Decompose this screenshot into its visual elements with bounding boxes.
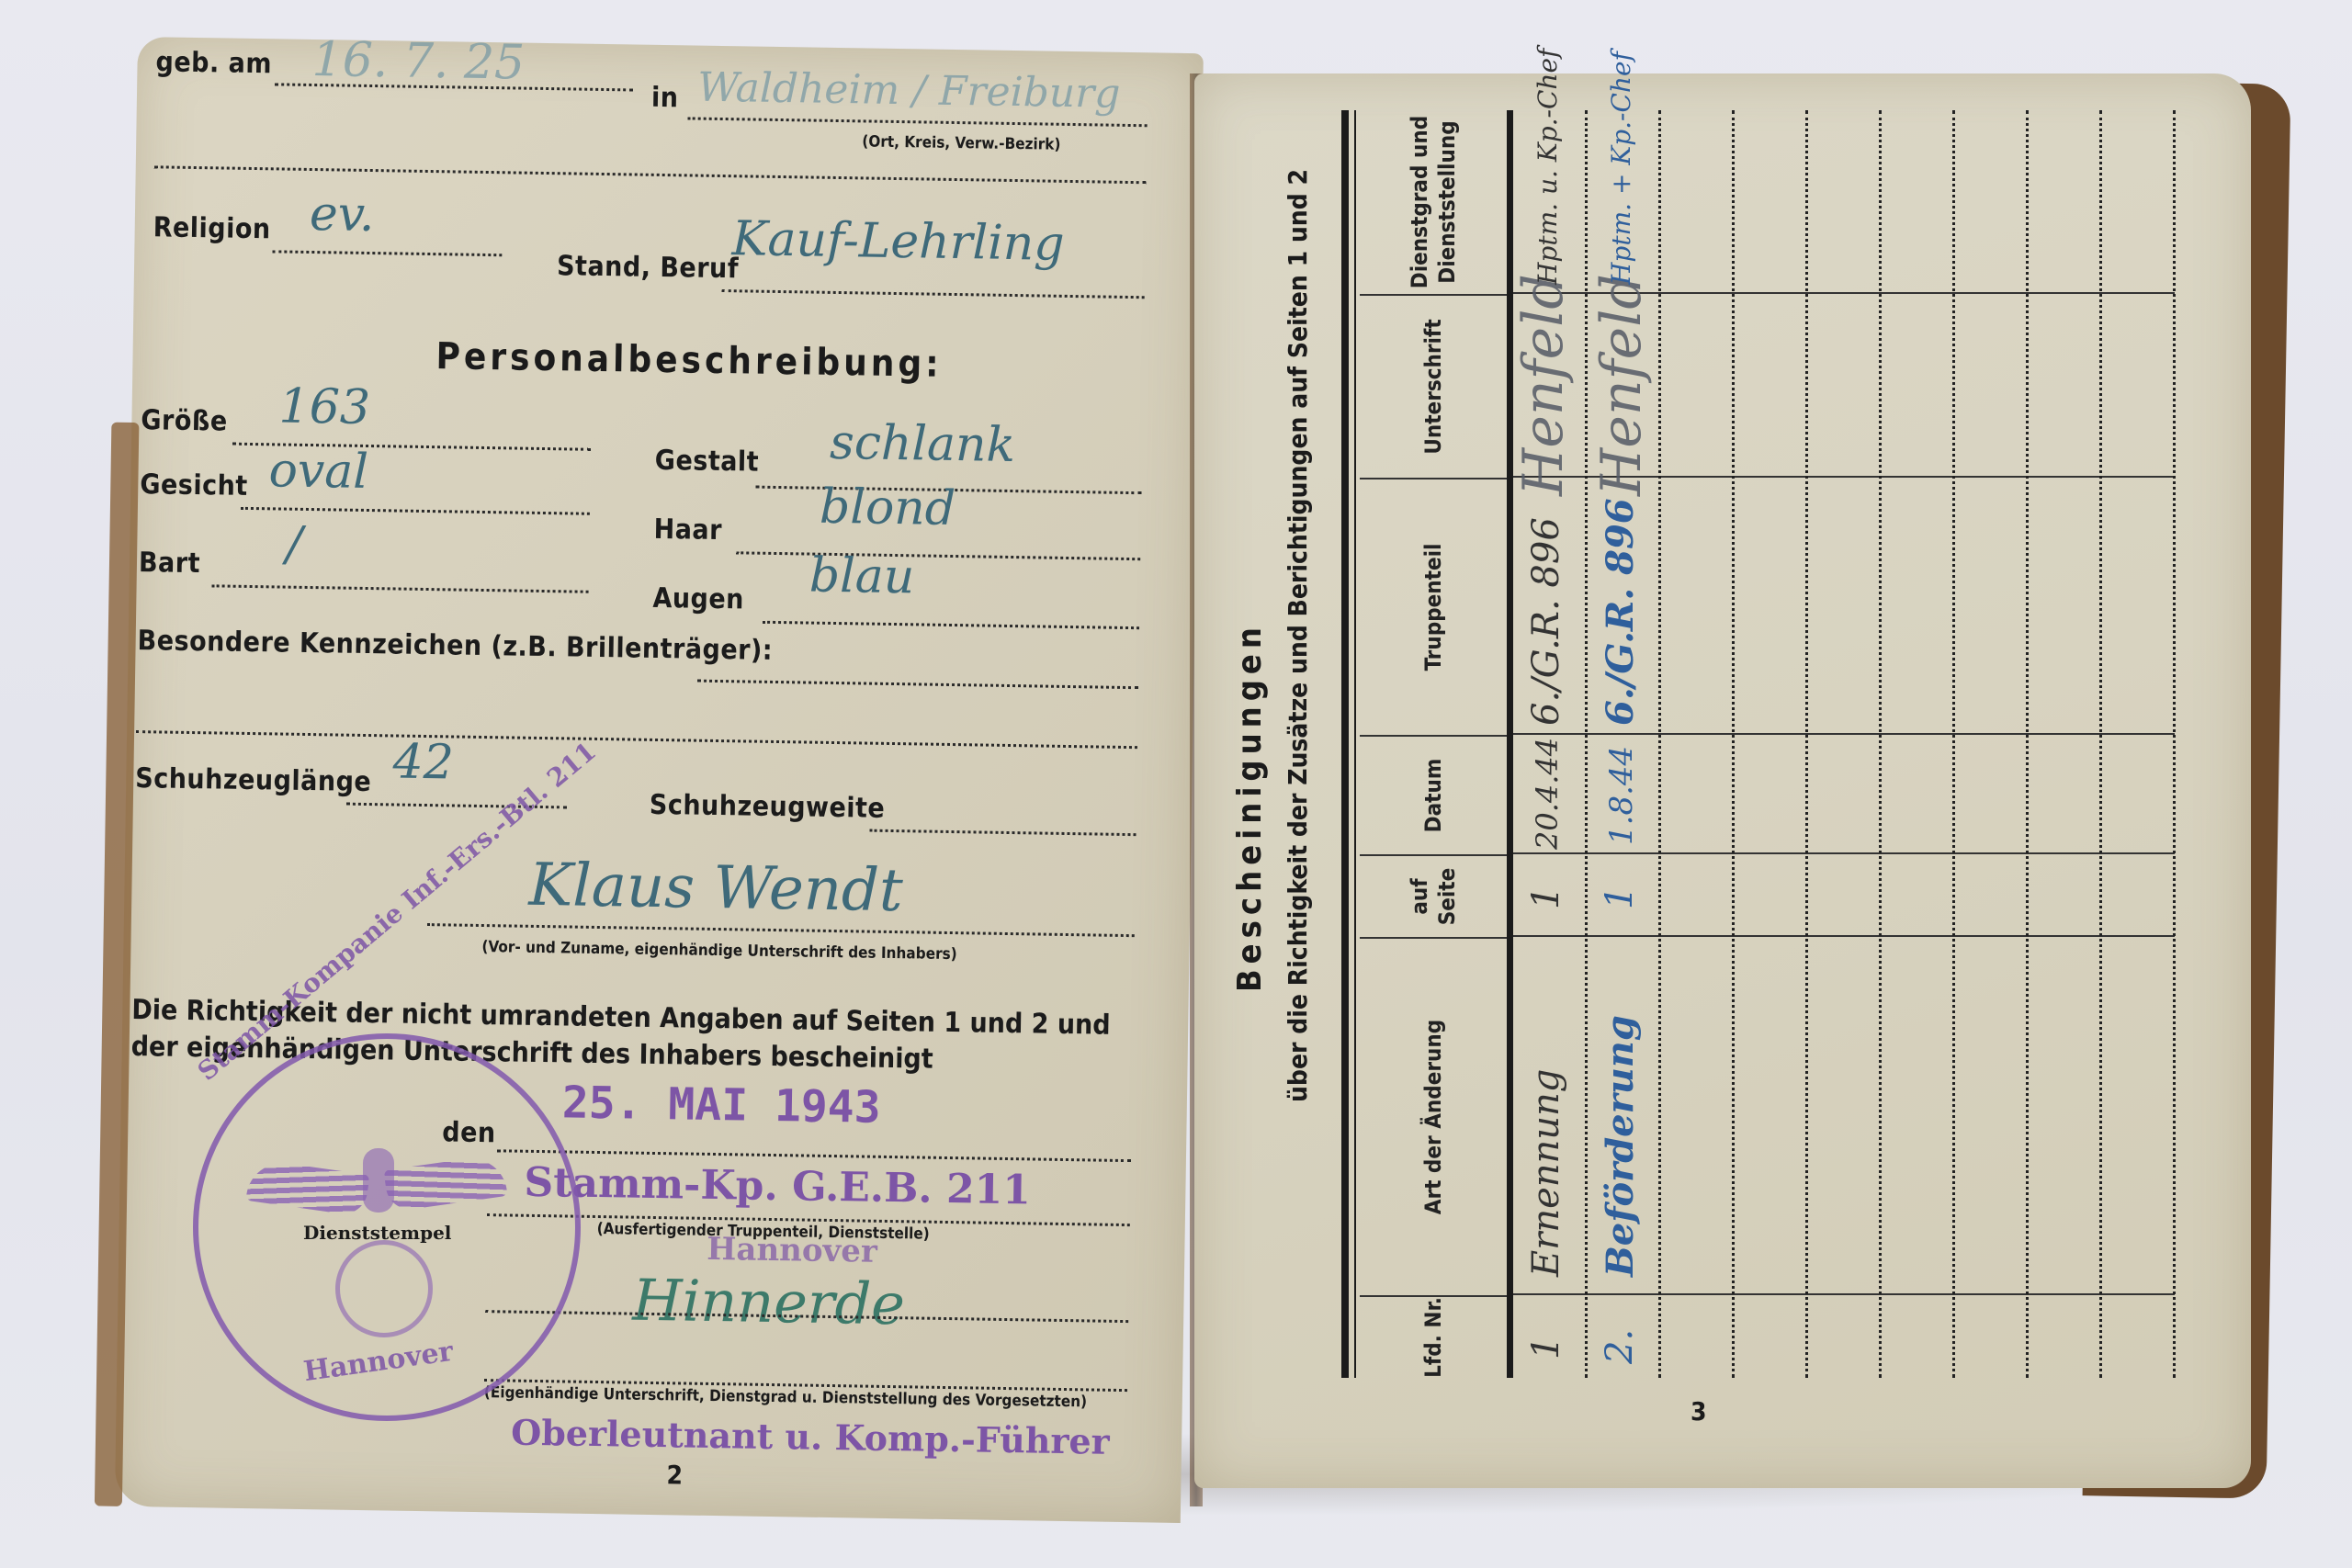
col-header-seite: auf Seite (1360, 854, 1507, 937)
holder-signature: Klaus Wendt (528, 852, 903, 925)
row2-art: Beförderung (1599, 1015, 1642, 1277)
col-line (1513, 852, 2175, 854)
row-line (1952, 110, 1955, 1378)
born-in-value: Waldheim / Freiburg (697, 64, 1121, 118)
row1-dienstgrad: Hptm. u. Kp.-Chef (1532, 49, 1563, 285)
row2-nr: 2. (1599, 1329, 1641, 1364)
row1-unterschrift: Henfeld (1511, 274, 1576, 496)
certifications-subtitle: über die Richtigkeit der Zusätze und Ber… (1283, 92, 1313, 1378)
height-value: 163 (278, 378, 370, 435)
shoe-length-value: 42 (392, 734, 454, 790)
born-extra-line (154, 165, 1147, 184)
religion-line (272, 250, 502, 256)
row2-truppenteil: 6./G.R. 896 (1599, 498, 1642, 726)
officer-rank-stamp: Oberleutnant u. Komp.-Führer (511, 1412, 1110, 1462)
occupation-label: Stand, Beruf (557, 250, 739, 285)
col-header-truppenteil: Truppenteil (1360, 478, 1507, 735)
born-in-hint: (Ort, Kreis, Verw.-Bezirk) (862, 132, 1060, 153)
special-marks-line-2 (136, 730, 1137, 749)
height-label: Größe (141, 404, 228, 437)
row1-datum: 20.4.44 (1530, 738, 1565, 850)
hair-label: Haar (653, 513, 722, 547)
row-line (1879, 110, 1882, 1378)
unit-stamp: Stamm-Kp. G.E.B. 211 (524, 1159, 1031, 1214)
row1-nr: 1 (1525, 1337, 1567, 1359)
row-line (1732, 110, 1735, 1378)
row1-art: Ernennung (1525, 1069, 1567, 1277)
col-header-dienstgrad: Dienstgrad und Dienststellung (1360, 110, 1507, 294)
hair-line (736, 551, 1140, 560)
row-line (1585, 110, 1588, 1378)
row-line (1658, 110, 1661, 1378)
beard-label: Bart (139, 547, 201, 580)
beard-line (212, 584, 589, 592)
special-marks-label: Besondere Kennzeichen (z.B. Brillenträge… (137, 625, 773, 667)
shoe-width-label: Schuhzeugweite (650, 789, 886, 825)
build-label: Gestalt (655, 445, 760, 479)
page-number-2: 2 (666, 1460, 683, 1490)
row1-truppenteil: 6./G.R. 896 (1525, 517, 1567, 726)
religion-label: Religion (153, 211, 270, 245)
row2-unterschrift: Henfeld (1589, 274, 1654, 496)
row-line (2099, 110, 2102, 1378)
date-stamp: 25. MAI 1943 (561, 1077, 881, 1133)
special-marks-line (697, 680, 1138, 690)
seal-eagle-body-icon (363, 1148, 394, 1213)
born-in-label: in (651, 82, 679, 114)
shoe-length-label: Schuhzeuglänge (135, 762, 371, 798)
holder-signature-caption: (Vor- und Zuname, eigenhändige Unterschr… (481, 938, 957, 964)
born-on-value: 16. 7. 25 (311, 32, 525, 91)
seal-center-text: Dienststempel (303, 1222, 451, 1244)
seal-emblem-circle-icon (335, 1240, 433, 1337)
col-header-nr: Lfd. Nr. (1360, 1295, 1507, 1378)
row1-seite: 1 (1525, 886, 1567, 909)
row-line (1805, 110, 1808, 1378)
occupation-line (722, 289, 1145, 299)
col-header-datum: Datum (1360, 735, 1507, 854)
hair-value: blond (820, 479, 956, 536)
born-in-line (688, 117, 1148, 127)
certifications-title: Bescheinigungen (1231, 92, 1269, 1378)
eyes-value: blau (808, 548, 914, 605)
row2-seite: 1 (1599, 886, 1641, 909)
unit-stamp-city: Hannover (707, 1231, 877, 1270)
face-line (241, 507, 590, 515)
row-line (2173, 110, 2176, 1378)
table-top-rule-thin (1354, 110, 1356, 1378)
holder-signature-line (427, 923, 1135, 937)
page-number-3: 3 (1690, 1396, 1707, 1427)
col-line (1513, 935, 2175, 937)
certifications-table-rotated: Bescheinigungen über die Richtigkeit der… (1231, 92, 2196, 1378)
eyes-label: Augen (652, 582, 744, 616)
shoe-width-line (870, 829, 1136, 837)
col-line (1513, 1293, 2175, 1295)
beard-value: / (286, 517, 302, 572)
face-label: Gesicht (140, 468, 248, 502)
religion-value: ev. (310, 186, 375, 243)
face-value: oval (268, 443, 368, 500)
table-top-rule (1341, 110, 1349, 1378)
born-on-label: geb. am (155, 46, 272, 80)
row2-datum: 1.8.44 (1603, 746, 1640, 845)
col-header-unterschrift: Unterschrift (1360, 294, 1507, 478)
row-line (2026, 110, 2029, 1378)
occupation-value: Kauf-Lehrling (731, 211, 1065, 272)
build-value: schlank (830, 415, 1016, 473)
col-line (1513, 733, 2175, 735)
officer-signature: Hinnerde (632, 1267, 906, 1338)
col-header-art: Art der Änderung (1360, 937, 1507, 1295)
row2-dienstgrad: Hptm. + Kp.-Chef (1606, 51, 1636, 285)
eyes-line (763, 621, 1139, 629)
description-heading: Personalbeschreibung: (435, 335, 943, 386)
